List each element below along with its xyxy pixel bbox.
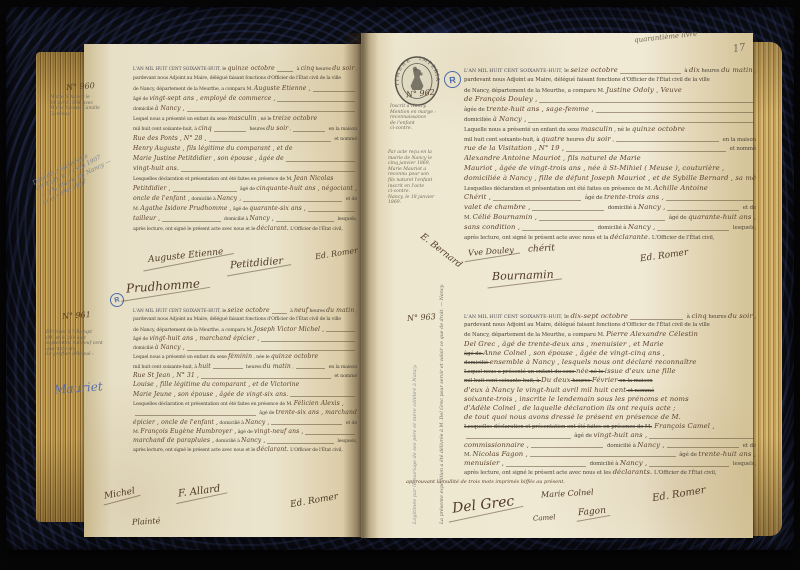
handwritten-text: du soir: [728, 312, 753, 321]
printed-text: pardevant nous Adjoint au Maire, délégué…: [464, 321, 710, 330]
printed-text: heures: [707, 313, 728, 321]
rule-filler: [522, 227, 594, 231]
text-line: Lesquelles déclaration et présentation o…: [133, 174, 357, 184]
rule-filler: [528, 119, 754, 123]
rule-filler: [539, 217, 665, 221]
handwritten-text: Du deux: [541, 376, 570, 385]
text-line: Lequel nous a présenté un enfant du sexe…: [133, 352, 357, 361]
handwritten-text: Nancy ,: [628, 223, 655, 233]
text-line: après lecture, ont signé le présent acte…: [464, 468, 756, 477]
act-960-body: L'an mil huit cent soixante-huit, le qui…: [133, 64, 357, 234]
text-line: valet de chambre , domicilié à Nancy , e…: [464, 203, 756, 213]
handwritten-text: valet de chambre ,: [464, 203, 530, 213]
margin-death-note-961: Décédée à Villerupt (M.-et-M.) le huit s…: [46, 330, 134, 358]
printed-text: domicilié à: [605, 442, 637, 450]
text-line: menuisier , domicilié à Nancy , lesquels…: [464, 459, 756, 468]
printed-text: après lecture, ont signé le présent acte…: [133, 225, 257, 234]
margin-marriage-note-960: Marié à Nancy le 14 avril 1894 avec Mari…: [50, 95, 134, 117]
photo-of-register: { "corner": { "note": "quarantième livre…: [0, 0, 800, 570]
rule-filler: [187, 347, 355, 351]
printed-text: L'Officier de l'État civil,: [650, 234, 714, 243]
rule-filler: [213, 365, 243, 369]
handwritten-text: vingt-huit ans.: [133, 164, 179, 174]
page-edges-left-stack: [36, 52, 86, 522]
rule-filler: [271, 421, 342, 425]
printed-text: lesquels,: [731, 224, 756, 233]
rule-filler: [326, 328, 355, 332]
printed-text: domicilié à: [190, 195, 217, 204]
handwritten-text: Nancy ,: [620, 459, 647, 468]
text-line: après lecture, ont signé le présent acte…: [133, 224, 357, 234]
printed-text: né le: [589, 368, 605, 376]
printed-text: après lecture, ont signé le présent acte…: [464, 234, 610, 243]
handwritten-text: à Nancy ,: [493, 115, 527, 125]
rule-filler: [214, 128, 246, 132]
text-line: pardevant nous Adjoint au Maire, délégué…: [464, 76, 756, 86]
handwritten-text: Nancy ,: [245, 418, 269, 427]
handwritten-text: cinq: [198, 124, 212, 134]
text-line: d'Adèle Colnel , de laquelle déclaration…: [464, 404, 756, 413]
handwritten-text: cinquante-huit ans , négociant ,: [256, 184, 357, 194]
handwritten-text: de François Douley ,: [464, 95, 537, 105]
text-line: Rue des Ponts , N° 28 , et nommé: [133, 134, 357, 144]
handwritten-text: rue de la Visitation , N° 19 ,: [464, 144, 564, 154]
text-line: mil huit cent soixante-huit, à huit heur…: [133, 362, 357, 371]
handwritten-text: vingt-sept ans , employé de commerce ,: [149, 94, 275, 104]
handwritten-text: ensemble à Nancy , lesquels nous ont déc…: [490, 358, 697, 367]
text-line: Henry Auguste , fils légitime du compara…: [133, 144, 357, 154]
printed-text: âgé de: [573, 432, 594, 440]
handwritten-text: Nancy ,: [637, 441, 664, 450]
handwritten-text: vingt-huit ans , marchand épicier ,: [149, 334, 259, 343]
text-line: Lequel nous a présenté un enfant du sexe…: [133, 114, 357, 124]
rule-filler: [162, 218, 220, 222]
signature-witness1-962: chérit: [528, 243, 555, 254]
margin-vertical-note-963: La présente expédition a été délivrée à …: [440, 332, 446, 524]
rule-filler: [657, 227, 729, 231]
printed-text: heures: [248, 125, 266, 134]
rule-filler: [261, 338, 355, 342]
text-line: âgé de vingt-huit ans ,: [464, 431, 756, 440]
handwritten-text: masculin: [228, 114, 256, 124]
printed-text: , née le: [252, 353, 271, 361]
printed-text: Lequel nous a présenté un enfant du sexe: [133, 115, 228, 124]
text-line: domicilié ensemble à Nancy , lesquels no…: [464, 358, 756, 367]
handwritten-text: seize octobre: [228, 306, 270, 315]
text-line: Lesquelles déclaration et présentation o…: [133, 399, 357, 408]
text-line: Lesquelles déclaration et présentation o…: [464, 184, 756, 194]
printed-text: L'Officier de l'État civil,: [652, 469, 716, 477]
handwritten-text: du matin: [326, 306, 354, 315]
signature-witness2-963: Fagon: [578, 506, 607, 518]
text-line: L'an mil huit cent soixante-huit, le sei…: [133, 306, 357, 315]
printed-text: de Nancy, département de la Meurthe, a c…: [133, 326, 254, 334]
printed-text: Lesquelles déclaration et présentation o…: [133, 400, 294, 408]
printed-text: mil huit cent soixante-huit, à: [464, 377, 541, 385]
revenue-stamp-timbre-imperial: TIMBRE IMPERIAL: [393, 54, 441, 108]
handwritten-text: Auguste Etienne ,: [254, 84, 311, 94]
text-line: de François Douley ,: [464, 95, 756, 105]
text-line: de Nancy, département de la Meurthe, a c…: [464, 86, 756, 96]
text-line: après lecture, ont signé le présent acte…: [464, 233, 756, 243]
handwritten-text: masculin: [581, 125, 613, 135]
printed-text: L'an mil huit cent soixante-huit,: [464, 313, 562, 321]
handwritten-text: marchand de parapluies ,: [133, 436, 214, 445]
text-line: âgé de vingt-sept ans , employé de comme…: [133, 94, 357, 104]
printed-text: en la maison: [327, 363, 357, 371]
printed-text: âgé de: [258, 409, 276, 417]
text-line: pardevant nous Adjoint au Maire, délégué…: [133, 315, 357, 324]
handwritten-text: née: [576, 367, 589, 376]
printed-text: heures: [700, 67, 721, 76]
text-line: marchand de parapluies , domicilié à Nan…: [133, 436, 357, 445]
handwritten-text: épicier , oncle de l'enfant ,: [133, 418, 218, 427]
text-line: domicilié à Nancy ,: [133, 343, 357, 352]
printed-text: heures: [314, 65, 332, 74]
handwritten-text: tailleur ,: [133, 214, 160, 224]
struck-words-approval-note-963: approuvant la nullité de trois mots impr…: [406, 479, 646, 485]
text-line: vingt-huit ans.: [133, 164, 357, 174]
printed-text: et nommé: [333, 135, 357, 144]
rule-filler: [305, 431, 355, 435]
handwritten-text: Chérit ,: [464, 193, 491, 203]
rule-filler: [276, 218, 334, 222]
printed-text: après lecture, ont signé le présent acte…: [464, 469, 613, 477]
text-line: L'an mil huit cent soixante-huit, le sei…: [464, 66, 756, 76]
rule-filler: [506, 463, 586, 467]
handwritten-text: Félicien Alexis ,: [294, 399, 344, 408]
printed-text: en la maison: [721, 136, 756, 145]
printed-text: , né le: [257, 115, 273, 124]
handwritten-text: Henry Auguste , fils légitime du compara…: [133, 144, 293, 154]
handwritten-text: Alexandre Antoine Mauriot , fils naturel…: [464, 154, 641, 164]
handwritten-text: du soir: [266, 124, 288, 134]
handwritten-text: Marie Justine Petitdidier , son épouse ,…: [133, 154, 284, 164]
margin-recognition-mention-962: Par acte reçu en la mairie de Nancy le c…: [388, 150, 458, 206]
handwritten-text: Anne Colnel , son épouse , âgée de vingt…: [483, 349, 665, 358]
printed-text: de Nancy, département de la Meurthe, a c…: [464, 87, 606, 96]
handwritten-text: trente-huit ans ,: [698, 450, 756, 459]
text-line: âgé de Anne Colnel , son épouse , âgée d…: [464, 349, 756, 358]
text-line: Louise , fille légitime du comparant , e…: [133, 380, 357, 389]
handwritten-text: quinze octobre: [632, 125, 685, 135]
rule-filler: [532, 207, 604, 211]
printed-text: heures: [571, 377, 592, 385]
rule-filler: [290, 393, 355, 397]
printed-text: âgé de: [133, 335, 149, 343]
printed-text: domicilié: [464, 359, 490, 367]
handwritten-text: déclarant.: [257, 445, 289, 454]
printed-text: L'an mil huit cent soixante-huit,: [133, 306, 221, 315]
printed-text: âgée de: [464, 106, 486, 115]
printed-text: mil huit cent soixante-huit, à: [133, 363, 198, 371]
rule-filler: [667, 444, 740, 448]
text-line: d'eux à Nancy le vingt-huit avril mil hu…: [464, 386, 756, 395]
printed-text: mil huit cent soixante-huit, à: [133, 125, 198, 134]
text-line: Marie Justine Petitdidier , son épouse ,…: [133, 154, 357, 164]
text-line: L'an mil huit cent soixante-huit, le qui…: [133, 64, 357, 74]
text-line: domiciliée à Nancy ,: [464, 115, 756, 125]
handwritten-text: Marie Jeune , son épouse , âgée de vingt…: [133, 390, 288, 399]
text-line: oncle de l'enfant , domicilié à Nancy , …: [133, 194, 357, 204]
handwritten-text: Nancy ,: [217, 194, 241, 204]
handwritten-text: de tout quoi nous avons dressé le présen…: [464, 413, 681, 422]
handwritten-text: oncle de l'enfant ,: [133, 194, 190, 204]
handwritten-text: Del Grec , âgé de trente-deux ans , menu…: [464, 340, 664, 349]
text-line: mil huit cent soixante-huit, à quatre he…: [464, 135, 756, 145]
printed-text: pardevant nous Adjoint au Maire, délégué…: [464, 76, 710, 86]
printed-text: et nommé: [728, 145, 756, 154]
printed-text: âgé de: [678, 451, 699, 459]
text-line: mil huit cent soixante-huit, à Du deux h…: [464, 376, 756, 385]
text-line: M. Célié Bournamin , âgé de quarante-hui…: [464, 213, 756, 223]
printed-text: et de: [344, 419, 357, 427]
printed-text: Laquelle nous a présenté un enfant du se…: [464, 126, 581, 135]
handwritten-text: Jean Nicolas: [294, 174, 334, 184]
text-line: pardevant nous Adjoint au Maire, délégué…: [133, 74, 357, 84]
rule-filler: [616, 138, 719, 142]
text-line: Petitdidier , âgé de cinquante-huit ans …: [133, 184, 357, 194]
printed-text: âgé de: [583, 194, 604, 203]
rule-filler: [649, 463, 729, 467]
printed-text: domicilié à: [596, 224, 628, 233]
signature-witness2-962: Bournamin: [492, 268, 554, 283]
text-line: de Nancy, département de la Meurthe, a c…: [133, 84, 357, 94]
text-line: sans condition , domicilié à Nancy , les…: [464, 223, 756, 233]
printed-text: domicilié à: [588, 460, 620, 468]
printed-text: , né le: [613, 126, 632, 135]
text-line: de Nancy, département de la Meurthe, a c…: [464, 330, 756, 339]
handwritten-text: Rue des Ponts , N° 28 ,: [133, 134, 207, 144]
handwritten-text: Achille Antoine: [654, 184, 708, 194]
handwritten-text: trente-six ans , marchand: [276, 408, 357, 417]
text-line: commissionnaire , domicilié à Nancy , et…: [464, 441, 756, 450]
rule-filler: [187, 108, 355, 112]
text-line: M. Agathe Isidore Prudhomme , âgé de qua…: [133, 204, 357, 214]
printed-text: Lequel nous a présenté un enfant du sexe: [133, 353, 228, 361]
text-line: soixante-trois , inscrite le lendemain s…: [464, 395, 756, 404]
printed-text: L'Officier de l'État civil,: [289, 446, 343, 454]
rule-filler: [308, 208, 355, 212]
printed-text: de Nancy, département de la Meurthe, a c…: [464, 331, 606, 339]
text-line: Rue St Jean , N° 31 , et nommé: [133, 371, 357, 380]
printed-text: L'Officier de l'État civil,: [289, 225, 343, 234]
rule-filler: [531, 444, 604, 448]
text-line: Chérit , âgé de trente-trois ans ,: [464, 193, 756, 203]
printed-text: et nommé: [626, 387, 654, 395]
printed-text: âgé de: [239, 185, 257, 194]
rule-filler: [566, 148, 726, 152]
handwritten-text: neuf: [294, 306, 308, 315]
text-line: Marie Jeune , son épouse , âgée de vingt…: [133, 390, 357, 399]
handwritten-text: vingt-neuf ans ,: [254, 427, 303, 436]
handwritten-text: menuisier ,: [464, 459, 504, 468]
handwritten-text: Agathe Isidore Prudhomme ,: [140, 204, 231, 214]
text-line: Alexandre Antoine Mauriot , fils naturel…: [464, 154, 756, 164]
handwritten-text: Justine Odoly , Veuve: [606, 86, 682, 96]
text-line: Del Grec , âgé de trente-deux ans , menu…: [464, 340, 756, 349]
printed-text: le: [562, 67, 570, 76]
handwritten-text: commissionnaire ,: [464, 441, 529, 450]
handwritten-text: du soir: [586, 135, 611, 145]
text-line: Mauriot , âgée de vingt-trois ans , née …: [464, 164, 756, 174]
act-961-body: L'an mil huit cent soixante-huit, le sei…: [133, 306, 357, 455]
handwritten-text: issue d'eux une fille: [605, 367, 676, 376]
text-line: Laquelle nous a présenté un enfant du se…: [464, 125, 756, 135]
printed-text: lesquels,: [731, 460, 756, 468]
handwritten-text: huit: [198, 362, 211, 371]
rule-filler: [649, 435, 754, 439]
rule-filler: [666, 197, 754, 201]
printed-text: lesquels,: [336, 437, 357, 445]
rule-filler: [596, 109, 754, 113]
text-line: pardevant nous Adjoint au Maire, délégué…: [464, 321, 756, 330]
rule-filler: [530, 453, 676, 457]
printed-text: âgé de: [236, 428, 254, 436]
handwritten-text: d'Adèle Colnel , de laquelle déclaration…: [464, 404, 676, 413]
printed-text: domiciliée: [464, 116, 493, 125]
handwritten-text: trente-huit ans , sage-femme ,: [486, 105, 593, 115]
printed-text: de Nancy, département de la Meurthe, a c…: [133, 85, 254, 94]
rule-filler: [272, 310, 287, 314]
act-963-body: L'an mil huit cent soixante-huit, le dix…: [464, 312, 756, 477]
text-line: M. François Eugène Humbroyer , âgé de vi…: [133, 427, 357, 436]
handwritten-text: quinze octobre: [271, 352, 318, 361]
printed-text: M.: [464, 214, 473, 223]
handwritten-text: dix: [689, 66, 700, 76]
rule-filler: [313, 88, 355, 92]
printed-text: lesquels,: [336, 215, 357, 224]
printed-text: pardevant nous Adjoint au Maire, délégué…: [133, 74, 341, 84]
text-line: âgé de vingt-huit ans , marchand épicier…: [133, 334, 357, 343]
rule-filler: [135, 412, 256, 416]
handwritten-text: domiciliée à Nancy , fille de défunt Jos…: [464, 174, 756, 184]
margin-vertical-pencil-963: Légitimée par le mariage de ses père et …: [412, 332, 418, 524]
handwritten-text: dix-sept octobre: [570, 312, 628, 321]
printed-text: domicilié: [133, 344, 155, 352]
handwritten-text: treize octobre: [273, 114, 318, 124]
handwritten-text: Nancy ,: [241, 436, 265, 445]
printed-text: âgé de: [133, 95, 149, 104]
text-line: mil huit cent soixante-huit, à cinq heur…: [133, 124, 357, 134]
printed-text: Lequel nous a présenté un enfant du sexe: [464, 368, 576, 376]
printed-text: ,: [354, 65, 357, 74]
printed-text: âgé de: [464, 350, 483, 358]
handwritten-text: du matin: [721, 66, 753, 76]
text-line: de tout quoi nous avons dressé le présen…: [464, 413, 756, 422]
text-line: après lecture, ont signé le présent acte…: [133, 445, 357, 454]
text-line: L'an mil huit cent soixante-huit, le dix…: [464, 312, 756, 321]
printed-text: heures: [308, 307, 326, 315]
printed-text: après lecture, ont signé le présent acte…: [133, 446, 257, 454]
text-line: rue de la Visitation , N° 19 , et nommé: [464, 144, 756, 154]
rule-filler: [286, 158, 355, 162]
handwritten-text: Pierre Alexandre Célestin: [606, 330, 698, 339]
printed-text: Lesquelles déclaration et présentation o…: [133, 175, 294, 184]
handwritten-text: Petitdidier ,: [133, 184, 171, 194]
text-line: de Nancy, département de la Meurthe, a c…: [133, 325, 357, 334]
printed-text: mil huit cent soixante-huit, à: [464, 136, 541, 145]
text-line: Lesquelles déclaration et présentation o…: [464, 422, 756, 431]
rule-filler: [630, 316, 683, 320]
handwritten-text: vingt-huit ans ,: [594, 431, 648, 440]
rule-filler: [539, 99, 754, 103]
printed-text: domicilié à: [606, 204, 638, 213]
printed-text: ,: [288, 125, 291, 134]
printed-text: le: [221, 65, 228, 74]
printed-text: Lesquelles déclaration et présentation o…: [464, 185, 654, 194]
text-line: domicilié à Nancy ,: [133, 104, 357, 114]
text-line: épicier , oncle de l'enfant , domicilié …: [133, 418, 357, 427]
folio-number: 17: [732, 42, 746, 55]
printed-text: le: [562, 313, 570, 321]
rule-filler: [267, 440, 334, 444]
handwritten-text: Joseph Victor Michel ,: [254, 325, 324, 334]
text-line: âgée de trente-huit ans , sage-femme ,: [464, 105, 756, 115]
rule-filler: [181, 168, 355, 172]
rule-filler: [296, 365, 326, 369]
handwritten-text: quatre: [541, 135, 565, 145]
printed-text: âgé de: [667, 214, 688, 223]
handwritten-text: d'eux à Nancy le vingt-huit avril mil hu…: [464, 386, 626, 395]
handwritten-text: déclarante.: [610, 233, 650, 243]
text-line: M. Nicolas Fagon , âgé de trente-huit an…: [464, 450, 756, 459]
printed-text: et nommé: [333, 372, 357, 380]
rule-filler: [277, 98, 355, 102]
handwritten-text: Nancy ,: [638, 203, 665, 213]
printed-text: L'an mil huit cent soixante-huit,: [464, 67, 562, 76]
printed-text: domicilié à: [223, 215, 250, 224]
text-line: âgé de trente-six ans , marchand: [133, 408, 357, 417]
handwritten-text: Célié Bournamin ,: [473, 213, 537, 223]
handwritten-text: cinq: [691, 312, 706, 321]
printed-text: ,: [291, 363, 294, 371]
printed-text: domicilié à: [214, 437, 241, 445]
printed-text: en la maison: [327, 125, 357, 134]
printed-text: âgé de: [232, 205, 250, 214]
handwritten-text: Nicolas Fagon ,: [473, 450, 528, 459]
printed-text: domicilié: [133, 105, 155, 114]
handwritten-text: quarante-six ans ,: [249, 204, 306, 214]
handwritten-text: Mauriot , âgée de vingt-trois ans , née …: [464, 164, 724, 174]
handwritten-text: du soir: [332, 64, 354, 74]
rule-filler: [293, 128, 325, 132]
printed-text: ,: [611, 136, 614, 145]
handwritten-text: déclarants.: [613, 468, 653, 477]
handwritten-text: trente-trois ans ,: [604, 193, 664, 203]
handwritten-text: Louise , fille légitime du comparant , e…: [133, 380, 299, 389]
rule-filler: [493, 197, 581, 201]
handwritten-text: soixante-trois , inscrite le lendemain s…: [464, 395, 689, 404]
printed-text: et de: [741, 204, 756, 213]
printed-text: en la maison: [618, 377, 653, 385]
printed-text: ,: [753, 67, 756, 76]
handwritten-text: seize octobre: [570, 66, 617, 76]
handwritten-text: féminin: [228, 352, 252, 361]
printed-text: heures: [565, 136, 586, 145]
handwritten-text: à Nancy ,: [155, 343, 185, 352]
rule-filler: [466, 435, 571, 439]
text-line: domiciliée à Nancy , fille de défunt Jos…: [464, 174, 756, 184]
rule-filler: [201, 375, 331, 379]
act-962-body: L'an mil huit cent soixante-huit, le sei…: [464, 66, 756, 242]
handwritten-text: déclarant.: [257, 224, 289, 234]
signature-witness2-961: Plainté: [132, 516, 161, 526]
printed-text: le: [221, 307, 228, 315]
signature-witness1-963: Camel: [533, 513, 556, 523]
handwritten-text: François Camel ,: [652, 422, 715, 431]
printed-text: domicilié à: [218, 419, 245, 427]
